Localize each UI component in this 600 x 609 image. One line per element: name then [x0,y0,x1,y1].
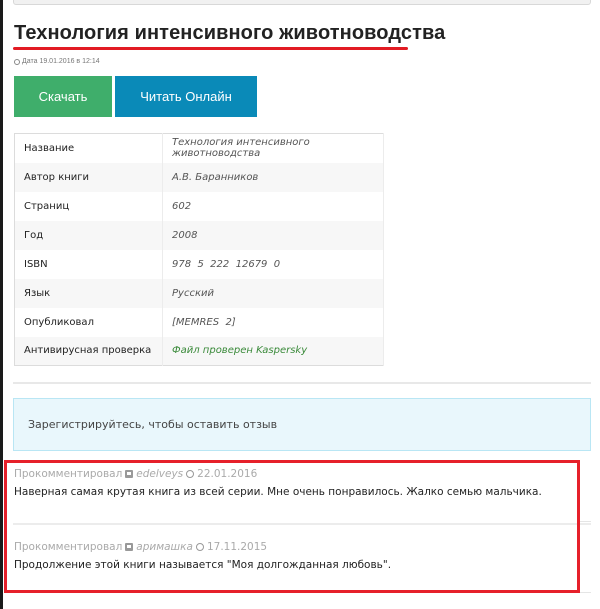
book-info-table: Название Технология интенсивного животно… [14,133,384,366]
section-divider [13,382,591,384]
read-online-button[interactable]: Читать Онлайн [115,76,257,117]
comments-highlight-box [4,460,580,593]
page-title: Технология интенсивного животноводства [14,22,445,45]
table-row: Опубликовал [MEMRES 2] [15,308,384,337]
top-panel [13,0,591,5]
download-button[interactable]: Скачать [14,76,112,117]
info-value: А.В. Баранников [163,163,384,192]
info-value[interactable]: [MEMRES 2] [163,308,384,337]
window-edge [0,0,3,609]
info-value: 2008 [163,221,384,250]
table-row: Страниц 602 [15,192,384,221]
antivirus-status: Файл проверен Kaspersky [163,337,384,366]
title-highlight-underline [13,47,408,50]
info-label: Название [15,134,163,163]
row-divider-edge [580,592,591,593]
info-label: ISBN [15,250,163,279]
info-value: Технология интенсивного животноводства [163,134,384,163]
publish-date: Дата 19.01.2016 в 12:14 [14,58,100,65]
info-value: 602 [163,192,384,221]
info-label: Антивирусная проверка [15,337,163,366]
row-divider-edge [580,521,591,522]
info-label: Опубликовал [15,308,163,337]
publish-date-text: Дата 19.01.2016 в 12:14 [22,58,100,65]
register-notice: Зарегистрируйтесь, чтобы оставить отзыв [13,398,591,451]
table-row: ISBN 978 5 222 12679 0 [15,250,384,279]
info-label: Страниц [15,192,163,221]
info-value: 978 5 222 12679 0 [163,250,384,279]
table-row: Автор книги А.В. Баранников [15,163,384,192]
info-label: Язык [15,279,163,308]
info-value: Русский [163,279,384,308]
table-row: Год 2008 [15,221,384,250]
clock-icon [14,59,20,65]
table-row: Антивирусная проверка Файл проверен Kasp… [15,337,384,366]
table-row: Название Технология интенсивного животно… [15,134,384,163]
register-notice-text[interactable]: Зарегистрируйтесь, чтобы оставить отзыв [28,418,277,431]
table-row: Язык Русский [15,279,384,308]
info-label: Год [15,221,163,250]
info-label: Автор книги [15,163,163,192]
